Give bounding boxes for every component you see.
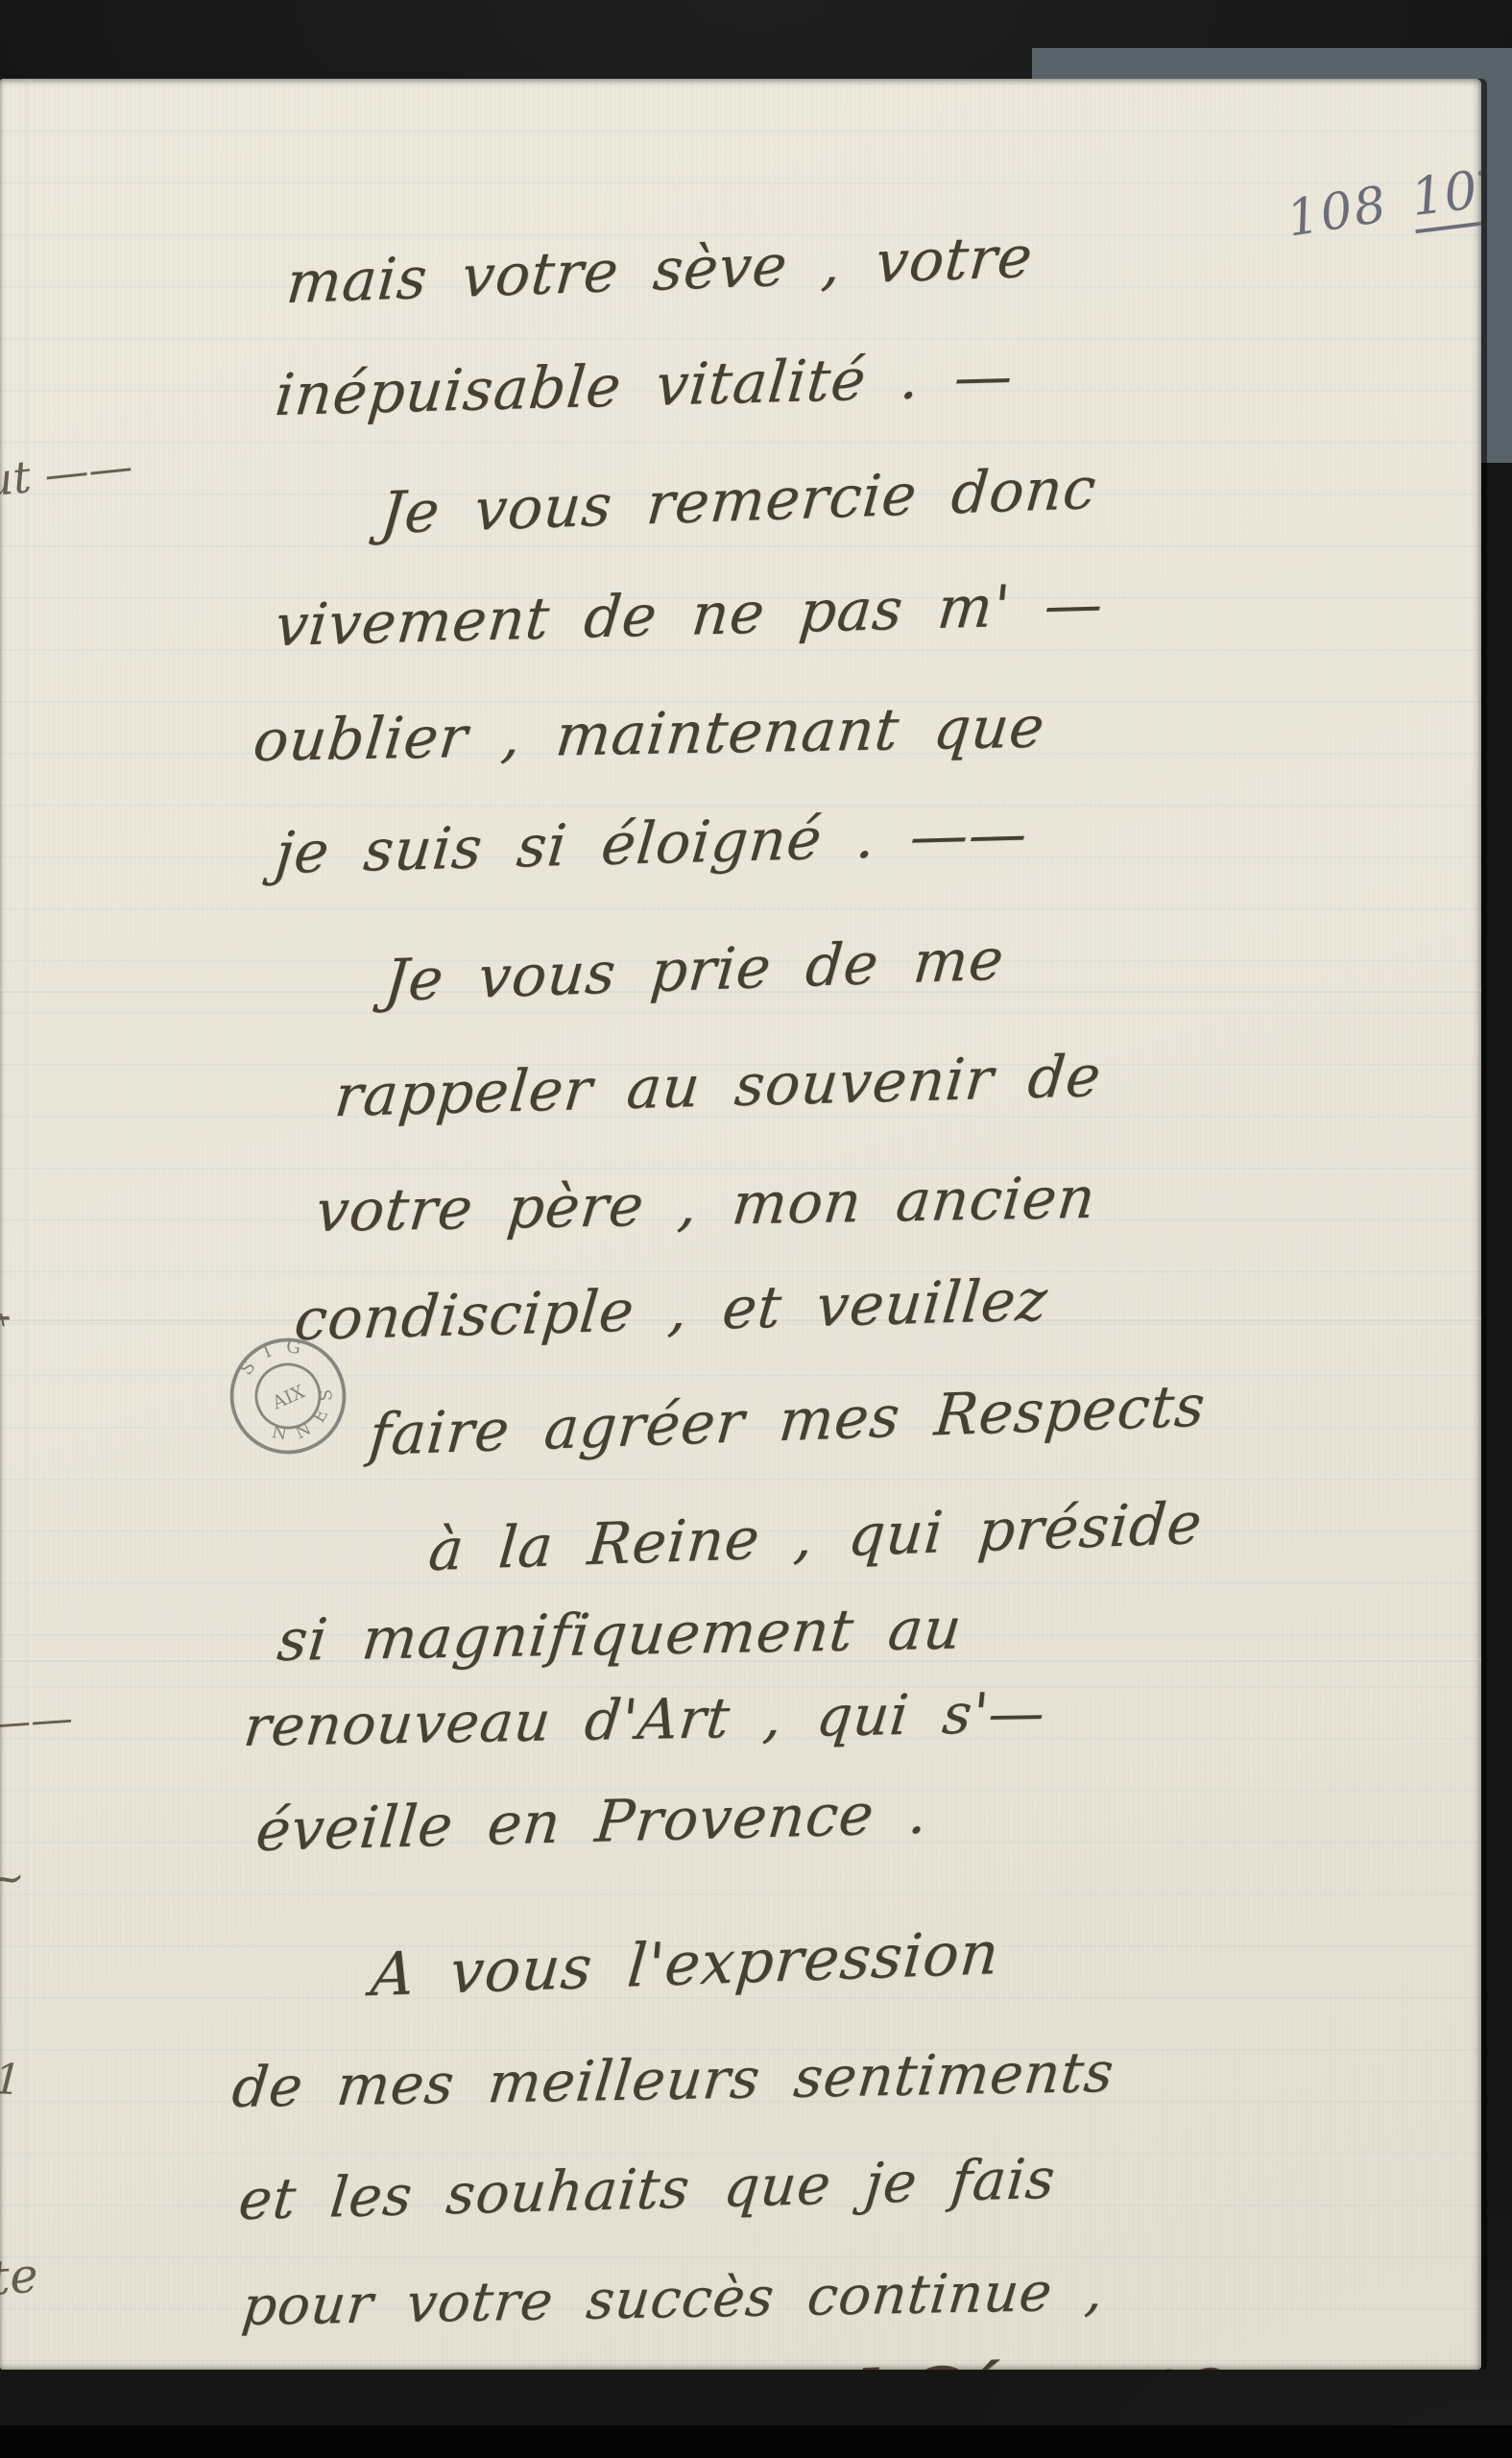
letter-line: éveille en Provence . (255, 1780, 928, 1865)
letter-line: A vous l'expression (370, 1917, 1000, 2010)
edge-ink-fragment: te (0, 2248, 40, 2306)
edge-crease (27, 79, 31, 2370)
edge-ink-fragment: —— (0, 1694, 75, 1748)
svg-text:S I G: S I G (231, 1326, 312, 1385)
signature: Paul Cézanne (709, 2341, 1229, 2370)
folio-number-right: 10 (1408, 159, 1481, 233)
edge-ink-fragment: t (0, 1308, 19, 1332)
letter-page: 10810·· mais votre sève , votreinépuisab… (0, 79, 1481, 2370)
closing-salutation: Bien à vous (251, 2360, 599, 2370)
letter-line: vivement de ne pas m' — (275, 570, 1104, 660)
svg-text:N N E S: N N E S (257, 1379, 352, 1455)
letter-line: faire agréer mes Respects (369, 1373, 1207, 1469)
letter-line: à la Reine , qui préside (428, 1490, 1204, 1584)
letter-line: si magnifiquement au (277, 1596, 963, 1675)
letter-line: condisciple , et veuillez (294, 1266, 1048, 1354)
scan-background: 10810·· mais votre sève , votreinépuisab… (0, 0, 1512, 2458)
letter-line: de mes meilleurs sentiments (232, 2039, 1115, 2120)
scan-bottom-border (0, 2425, 1512, 2458)
letter-line: pour votre succès continue , (242, 2260, 1104, 2338)
edge-ink-fragment: 1 (0, 2055, 22, 2105)
stamp-arc-bottom-text: N N E S (257, 1379, 352, 1455)
edge-ink-fragment: s (0, 2358, 12, 2370)
pencil-folio-number: 10810·· (1283, 154, 1481, 253)
letter-line: oublier , maintenant que (253, 694, 1045, 775)
letter-line: je suis si éloigné . —— (275, 801, 1028, 887)
letter-line: votre père , mon ancien (316, 1165, 1096, 1245)
stamp-center-text: AIX (269, 1382, 308, 1414)
folio-number-left: 108 (1283, 176, 1391, 249)
letter-line: rappeler au souvenir de (334, 1043, 1102, 1130)
letter-line: Je vous remercie donc (380, 455, 1098, 547)
edge-ink-fragment: ~ (0, 1850, 29, 1907)
letter-line: mais votre sève , votre (286, 224, 1034, 317)
letter-line: et les souhaits que je fais (238, 2146, 1056, 2232)
stamp-arc-top-text: S I G (231, 1326, 312, 1385)
letter-line: inépuisable vitalité . — (275, 343, 1014, 429)
letter-line: renouveau d'Art , qui s'— (244, 1679, 1046, 1759)
edge-ink-fragment: ut —— (0, 440, 135, 507)
grey-mat-right (1476, 48, 1512, 463)
letter-line: Je vous prie de me (384, 927, 1005, 1015)
